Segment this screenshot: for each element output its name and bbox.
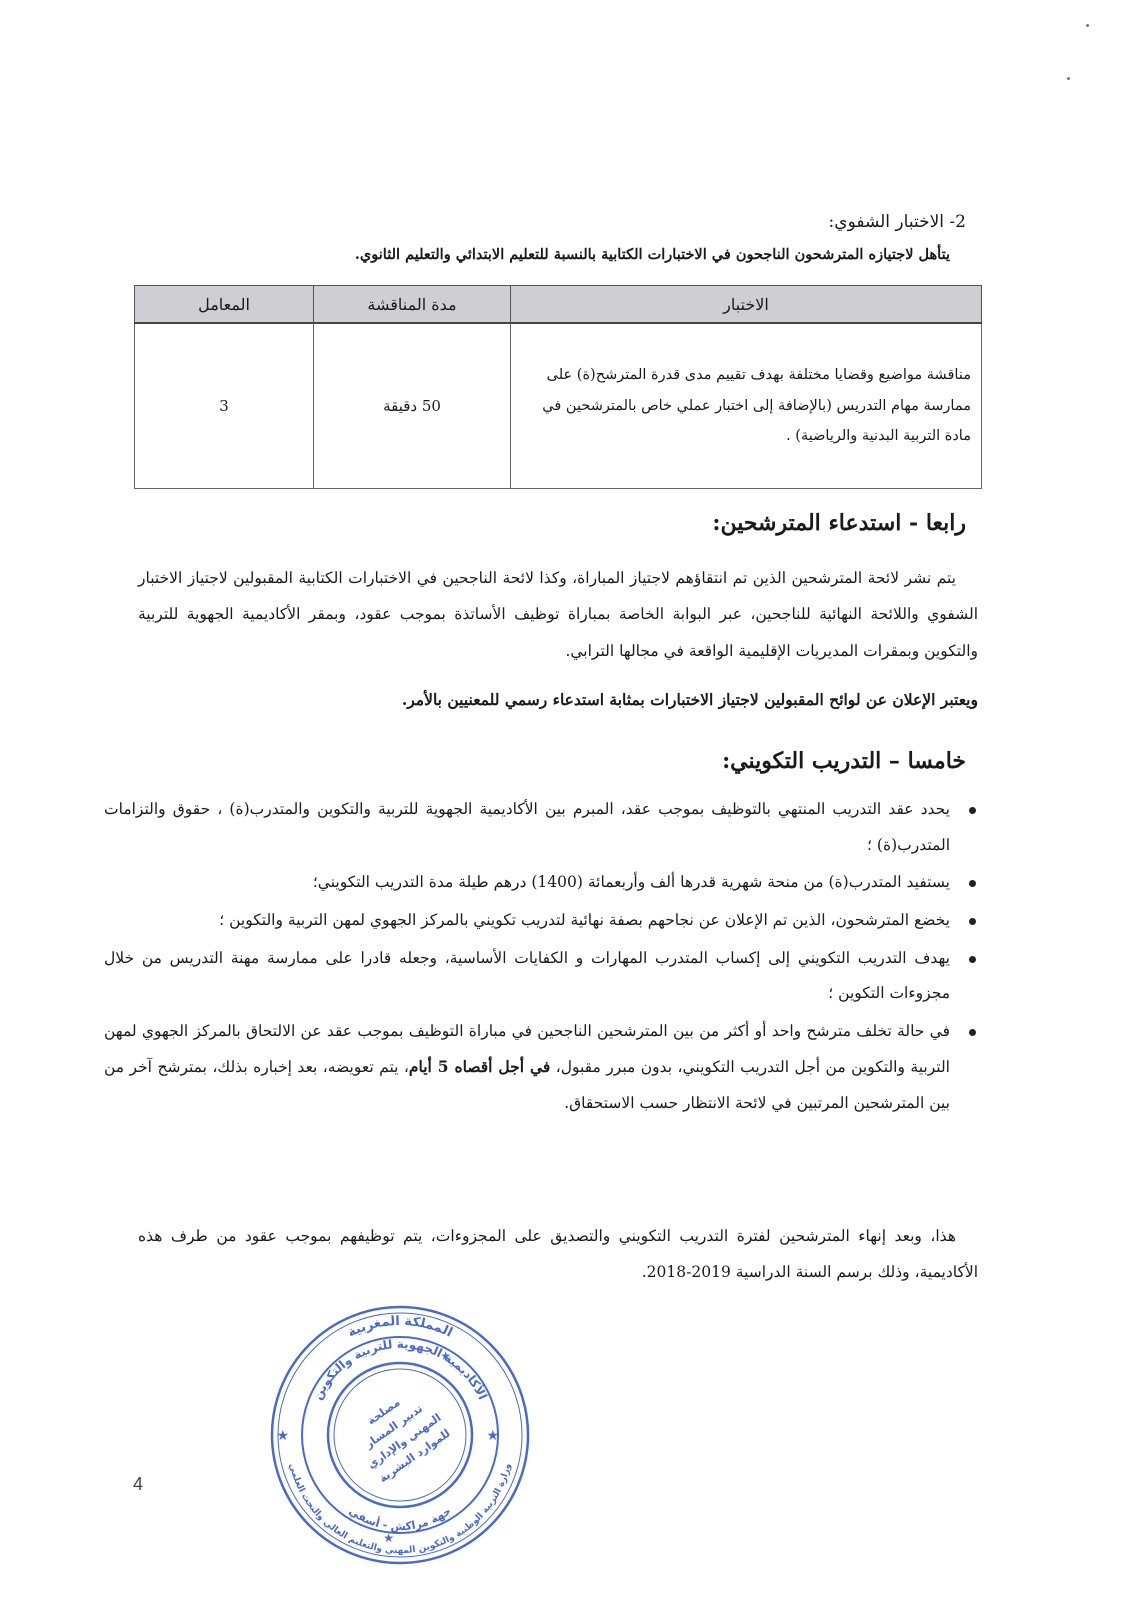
stamp-region: جهة مراكش - أسفي: [347, 1504, 454, 1533]
oral-exam-intro: يتأهل لاجتيازه المترشحون الناجحون في الا…: [355, 246, 950, 263]
svg-text:★: ★: [440, 1349, 451, 1363]
list-item: يحدد عقد التدريب المنتهي بالتوظيف بموجب …: [104, 792, 950, 863]
list-item: يخضع المترشحون، الذين تم الإعلان عن نجاح…: [104, 903, 950, 939]
page-number: 4: [133, 1474, 143, 1495]
document-page: 2- الاختبار الشفوي: يتأهل لاجتيازه المتر…: [0, 0, 1126, 1600]
stamp-outer-bottom: وزارة التربية الوطنية والتكوين المهني وا…: [287, 1462, 514, 1556]
header-duration: مدة المناقشة: [314, 286, 511, 324]
list-item: يهدف التدريب التكويني إلى إكساب المتدرب …: [104, 941, 950, 1012]
scan-speck: [1067, 77, 1070, 80]
svg-text:وزارة التربية الوطنية والتكوين: وزارة التربية الوطنية والتكوين المهني وا…: [287, 1462, 514, 1556]
svg-text:★: ★: [276, 1428, 289, 1444]
cell-coefficient: 3: [135, 323, 314, 489]
training-bullet-list: يحدد عقد التدريب المنتهي بالتوظيف بموجب …: [104, 792, 986, 1124]
table-header-row: الاختبار مدة المناقشة المعامل: [135, 286, 982, 324]
section4-notice: ويعتبر الإعلان عن لوائح المقبولين لاجتيا…: [402, 690, 978, 709]
section4-heading: رابعا - استدعاء المترشحين:: [712, 510, 966, 536]
svg-text:★: ★: [486, 1428, 499, 1444]
list-item: في حالة تخلف مترشح واحد أو أكثر من بين ا…: [104, 1014, 950, 1122]
cell-duration: 50 دقيقة: [314, 323, 511, 489]
section4-paragraph: يتم نشر لائحة المترشحين الذين تم انتقاؤه…: [138, 560, 978, 669]
oral-exam-table: الاختبار مدة المناقشة المعامل مناقشة موا…: [134, 285, 982, 489]
section5-heading: خامسا – التدريب التكويني:: [722, 748, 966, 774]
stamp-seal-icon: المملكة المغربية وزارة التربية الوطنية و…: [265, 1300, 535, 1570]
scan-speck: [1086, 24, 1089, 27]
closing-paragraph: هذا، وبعد إنهاء المترشحين لفترة التدريب …: [138, 1218, 978, 1291]
svg-text:جهة مراكش - أسفي: جهة مراكش - أسفي: [347, 1504, 454, 1533]
deadline-emphasis: في أجل أقصاه 5 أيام: [409, 1057, 550, 1076]
header-exam: الاختبار: [510, 286, 981, 324]
table-row: مناقشة مواضيع وقضايا مختلفة بهدف تقييم م…: [135, 323, 982, 489]
list-item: يستفيد المتدرب(ة) من منحة شهرية قدرها أل…: [104, 865, 950, 901]
header-coefficient: المعامل: [135, 286, 314, 324]
official-stamp: المملكة المغربية وزارة التربية الوطنية و…: [265, 1300, 535, 1570]
oral-exam-heading: 2- الاختبار الشفوي:: [829, 212, 966, 232]
cell-exam-description: مناقشة مواضيع وقضايا مختلفة بهدف تقييم م…: [510, 323, 981, 489]
svg-text:★: ★: [383, 1531, 394, 1545]
